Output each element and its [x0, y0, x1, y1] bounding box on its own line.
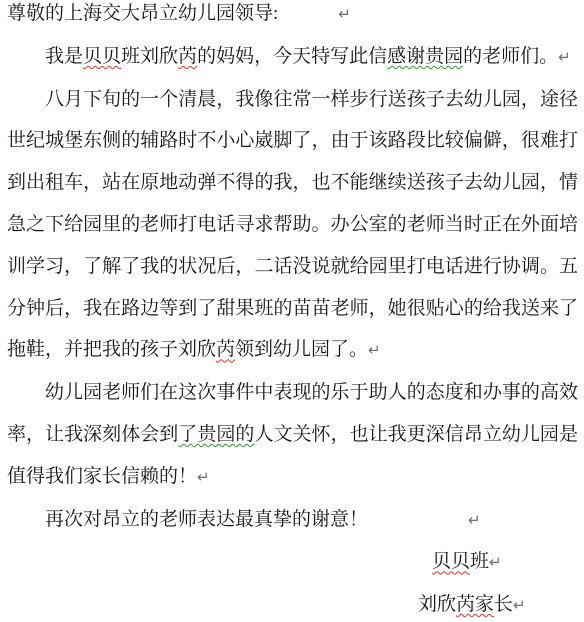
grammar-flagged-phrase: 感谢贵园 [387, 46, 463, 67]
text-run: 班 [470, 551, 489, 572]
text-run: 的老师们。 [463, 46, 558, 67]
text-run: 长 [494, 594, 513, 615]
letter-document[interactable]: 尊敬的上海交大昂立幼儿园领导:↵ 我是贝贝班刘欣芮的妈妈，今天特写此信感谢贵园的… [0, 0, 584, 622]
misspelled-word: 芮 [216, 339, 235, 360]
paragraph-intro: 我是贝贝班刘欣芮的妈妈，今天特写此信感谢贵园的老师们。↵ [7, 36, 578, 79]
misspelled-word: 贝贝 [83, 46, 121, 67]
signature-class: 贝贝班↵ [7, 541, 578, 584]
closing-text: 再次对昂立的老师表达最真挚的谢意！ [45, 509, 368, 530]
paragraph-mark-icon: ↵ [489, 553, 502, 571]
paragraph-incident: 八月下旬的一个清晨，我像往常一样步行送孩子去幼儿园，途径世纪城堡东侧的辅路时不小… [7, 79, 578, 373]
salutation-text: 尊敬的上海交大昂立幼儿园领导: [7, 3, 278, 24]
paragraph-mark-icon: ↵ [368, 341, 381, 359]
text-run: 刘欣 [418, 594, 456, 615]
misspelled-word: 芮 [178, 46, 197, 67]
paragraph-mark-icon: ↵ [338, 5, 351, 23]
grammar-flagged-phrase: 了贵园的 [178, 424, 254, 445]
paragraph-mark-icon: ↵ [513, 596, 526, 614]
text-run: 的妈妈，今天特写此信 [197, 46, 387, 67]
paragraph-closing: 再次对昂立的老师表达最真挚的谢意！↵ [7, 499, 578, 542]
paragraph-mark-icon: ↵ [197, 468, 210, 486]
salutation-line: 尊敬的上海交大昂立幼儿园领导:↵ [7, 0, 578, 36]
text-run: 我是 [45, 46, 83, 67]
paragraph-appreciation: 幼儿园老师们在这次事件中表现的乐于助人的态度和办事的高效率，让我深刻体会到了贵园… [7, 372, 578, 498]
text-run: 领到幼儿园了。 [235, 339, 368, 360]
signature-parent: 刘欣芮家长↵ [7, 584, 578, 622]
misspelled-word: 芮家 [456, 594, 494, 615]
paragraph-mark-icon: ↵ [468, 511, 481, 529]
paragraph-mark-icon: ↵ [558, 48, 571, 66]
text-run: 八月下旬的一个清晨，我像往常一样步行送孩子去幼儿园，途径世纪城堡东侧的辅路时不小… [7, 89, 578, 361]
text-run: 班刘欣 [121, 46, 178, 67]
misspelled-word: 贝贝 [432, 551, 470, 572]
